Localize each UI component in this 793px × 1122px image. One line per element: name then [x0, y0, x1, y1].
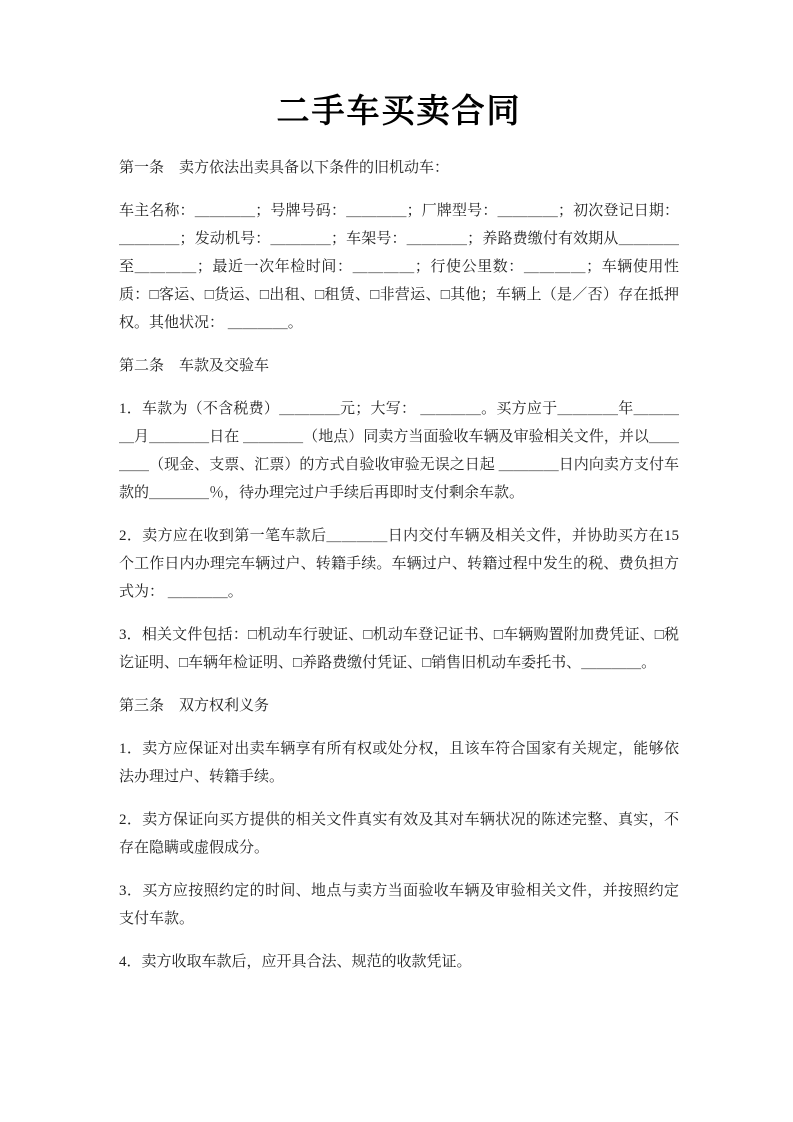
article-3-item-2: 2．卖方保证向买方提供的相关文件真实有效及其对车辆状况的陈述完整、真实，不存在隐… — [119, 806, 679, 862]
article-2-heading: 第二条 车款及交验车 — [119, 352, 679, 380]
article-3-item-4: 4．卖方收取车款后，应开具合法、规范的收款凭证。 — [119, 948, 679, 976]
article-3-item-3: 3．买方应按照约定的时间、地点与卖方当面验收车辆及审验相关文件，并按照约定支付车… — [119, 877, 679, 933]
article-1-heading: 第一条 卖方依法出卖具备以下条件的旧机动车： — [119, 154, 679, 182]
article-1-vehicle-info: 车主名称：＿＿＿＿；号牌号码：＿＿＿＿；厂牌型号：＿＿＿＿；初次登记日期：＿＿＿… — [119, 197, 679, 337]
article-2-item-2: 2．卖方应在收到第一笔车款后＿＿＿＿日内交付车辆及相关文件，并协助买方在15个工… — [119, 522, 679, 606]
article-3-item-1: 1．卖方应保证对出卖车辆享有所有权或处分权，且该车符合国家有关规定，能够依法办理… — [119, 735, 679, 791]
document-title: 二手车买卖合同 — [119, 88, 679, 136]
article-3-heading: 第三条 双方权利义务 — [119, 692, 679, 720]
contract-page: 二手车买卖合同 第一条 卖方依法出卖具备以下条件的旧机动车： 车主名称：＿＿＿＿… — [0, 0, 793, 1122]
article-2-item-1: 1．车款为（不含税费）＿＿＿＿元；大写： ＿＿＿＿。买方应于＿＿＿＿年＿＿＿＿月… — [119, 395, 679, 507]
article-2-item-3: 3．相关文件包括：□机动车行驶证、□机动车登记证书、□车辆购置附加费凭证、□税讫… — [119, 621, 679, 677]
